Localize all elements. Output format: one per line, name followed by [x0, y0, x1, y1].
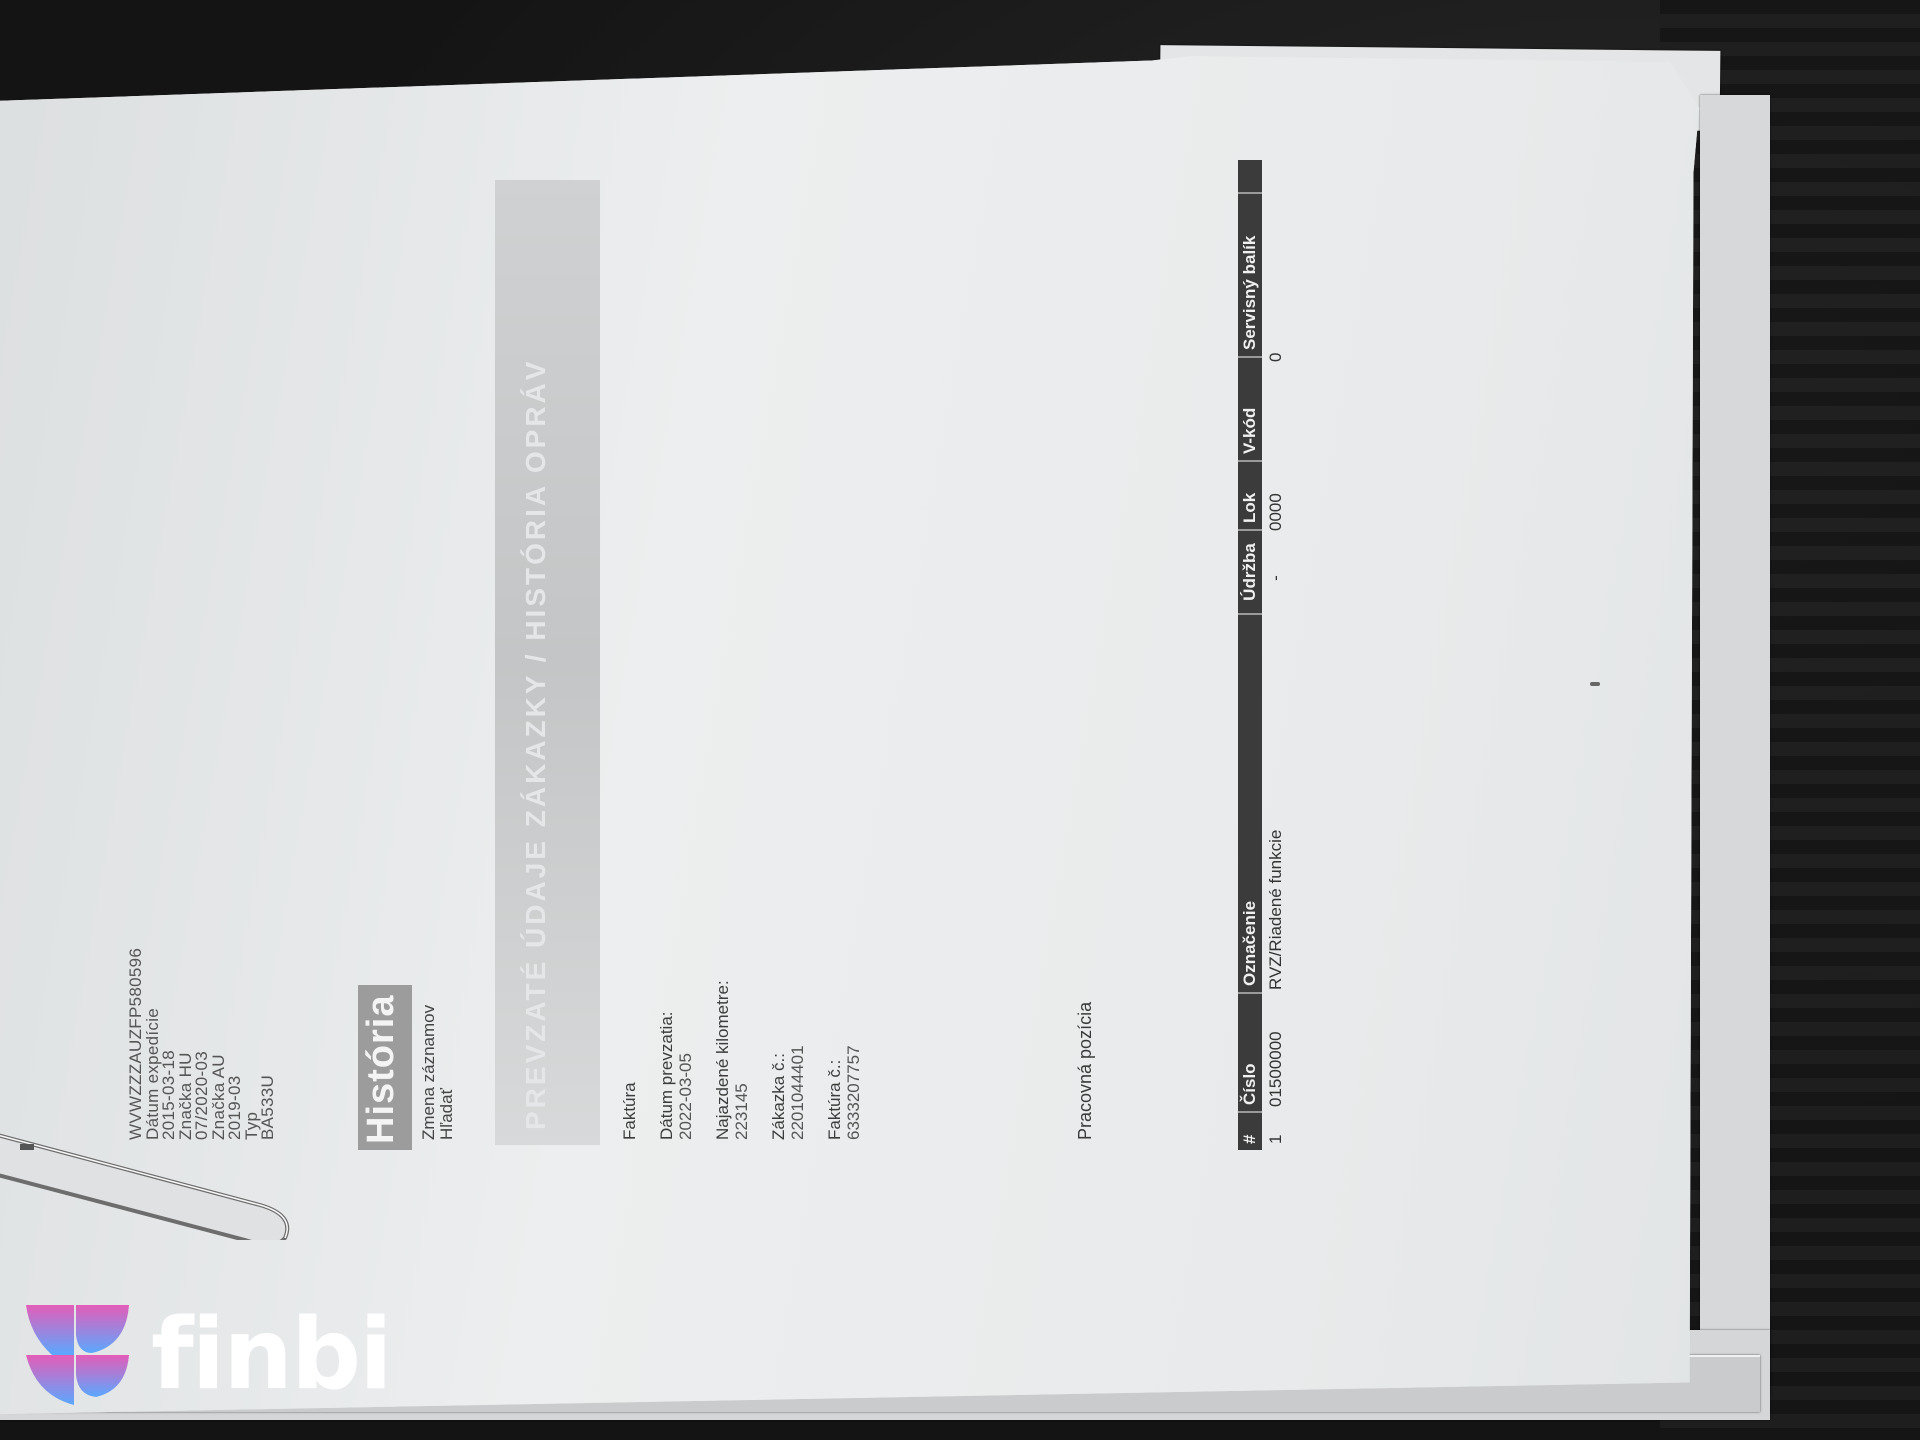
invoice-label: Faktúra	[620, 980, 639, 1140]
field-order: Zákazka č.: 2201044401	[769, 980, 807, 1140]
column-header: Lok	[1238, 460, 1262, 529]
invoice-label-block: Faktúra	[620, 980, 639, 1140]
field-value: 2022-03-05	[676, 980, 695, 1140]
subtitle-line: Hľadať	[438, 1005, 456, 1140]
table-cell: 1	[1262, 1113, 1290, 1150]
invoice-fields: Faktúra Dátum prevzatia: 2022-03-05 Naja…	[620, 980, 881, 1140]
field-value: 223145	[732, 980, 751, 1140]
column-header: #	[1238, 1111, 1262, 1150]
column-header: Označenie	[1238, 613, 1262, 992]
column-header: V-kód	[1238, 356, 1262, 460]
section-title: História	[360, 995, 403, 1144]
field-label: Dátum prevzatia:	[657, 980, 676, 1140]
field-label: Faktúra č.:	[825, 980, 844, 1140]
field-value: 6333207757	[844, 980, 863, 1140]
table-cell: 0	[1262, 206, 1290, 368]
column-header: Číslo	[1238, 992, 1262, 1111]
field-invoice-number: Faktúra č.: 6333207757	[825, 980, 863, 1140]
paper-clip-icon	[0, 1070, 340, 1240]
column-header: Servisný balík	[1238, 192, 1262, 356]
finbi-logo-icon	[26, 1305, 131, 1405]
subtitle-line: Zmena záznamov	[420, 1005, 438, 1140]
field-mileage: Najazdené kilometre: 223145	[713, 980, 751, 1140]
work-items-table: # Číslo Označenie Údržba Lok V-kód Servi…	[1238, 160, 1290, 1150]
table-cell: RVZ/Riadené funkcie	[1262, 619, 1290, 996]
table-cell: -	[1262, 537, 1290, 619]
section-subtitle: Zmena záznamov Hľadať	[420, 1005, 456, 1140]
field-value: 2201044401	[788, 980, 807, 1140]
paper-speck	[1590, 682, 1600, 686]
table-cell: 0000	[1262, 470, 1290, 537]
table-cell: 01500000	[1262, 996, 1290, 1113]
field-label: Zákazka č.:	[769, 980, 788, 1140]
table-header: # Číslo Označenie Údržba Lok V-kód Servi…	[1238, 160, 1262, 1150]
table-row: 1 01500000 RVZ/Riadené funkcie - 0000 0	[1262, 160, 1290, 1150]
field-label: Najazdené kilometre:	[713, 980, 732, 1140]
field-date: Dátum prevzatia: 2022-03-05	[657, 980, 695, 1140]
column-header: Údržba	[1238, 529, 1262, 613]
work-position-label: Pracovná pozícia	[1075, 1002, 1096, 1140]
table-cell	[1262, 368, 1290, 470]
banner-text: PREVZATÉ ÚDAJE ZÁKAZKY / HISTÓRIA OPRÁV	[520, 359, 552, 1130]
finbi-wordmark: finbi	[151, 1305, 391, 1405]
finbi-watermark: finbi	[26, 1305, 366, 1405]
